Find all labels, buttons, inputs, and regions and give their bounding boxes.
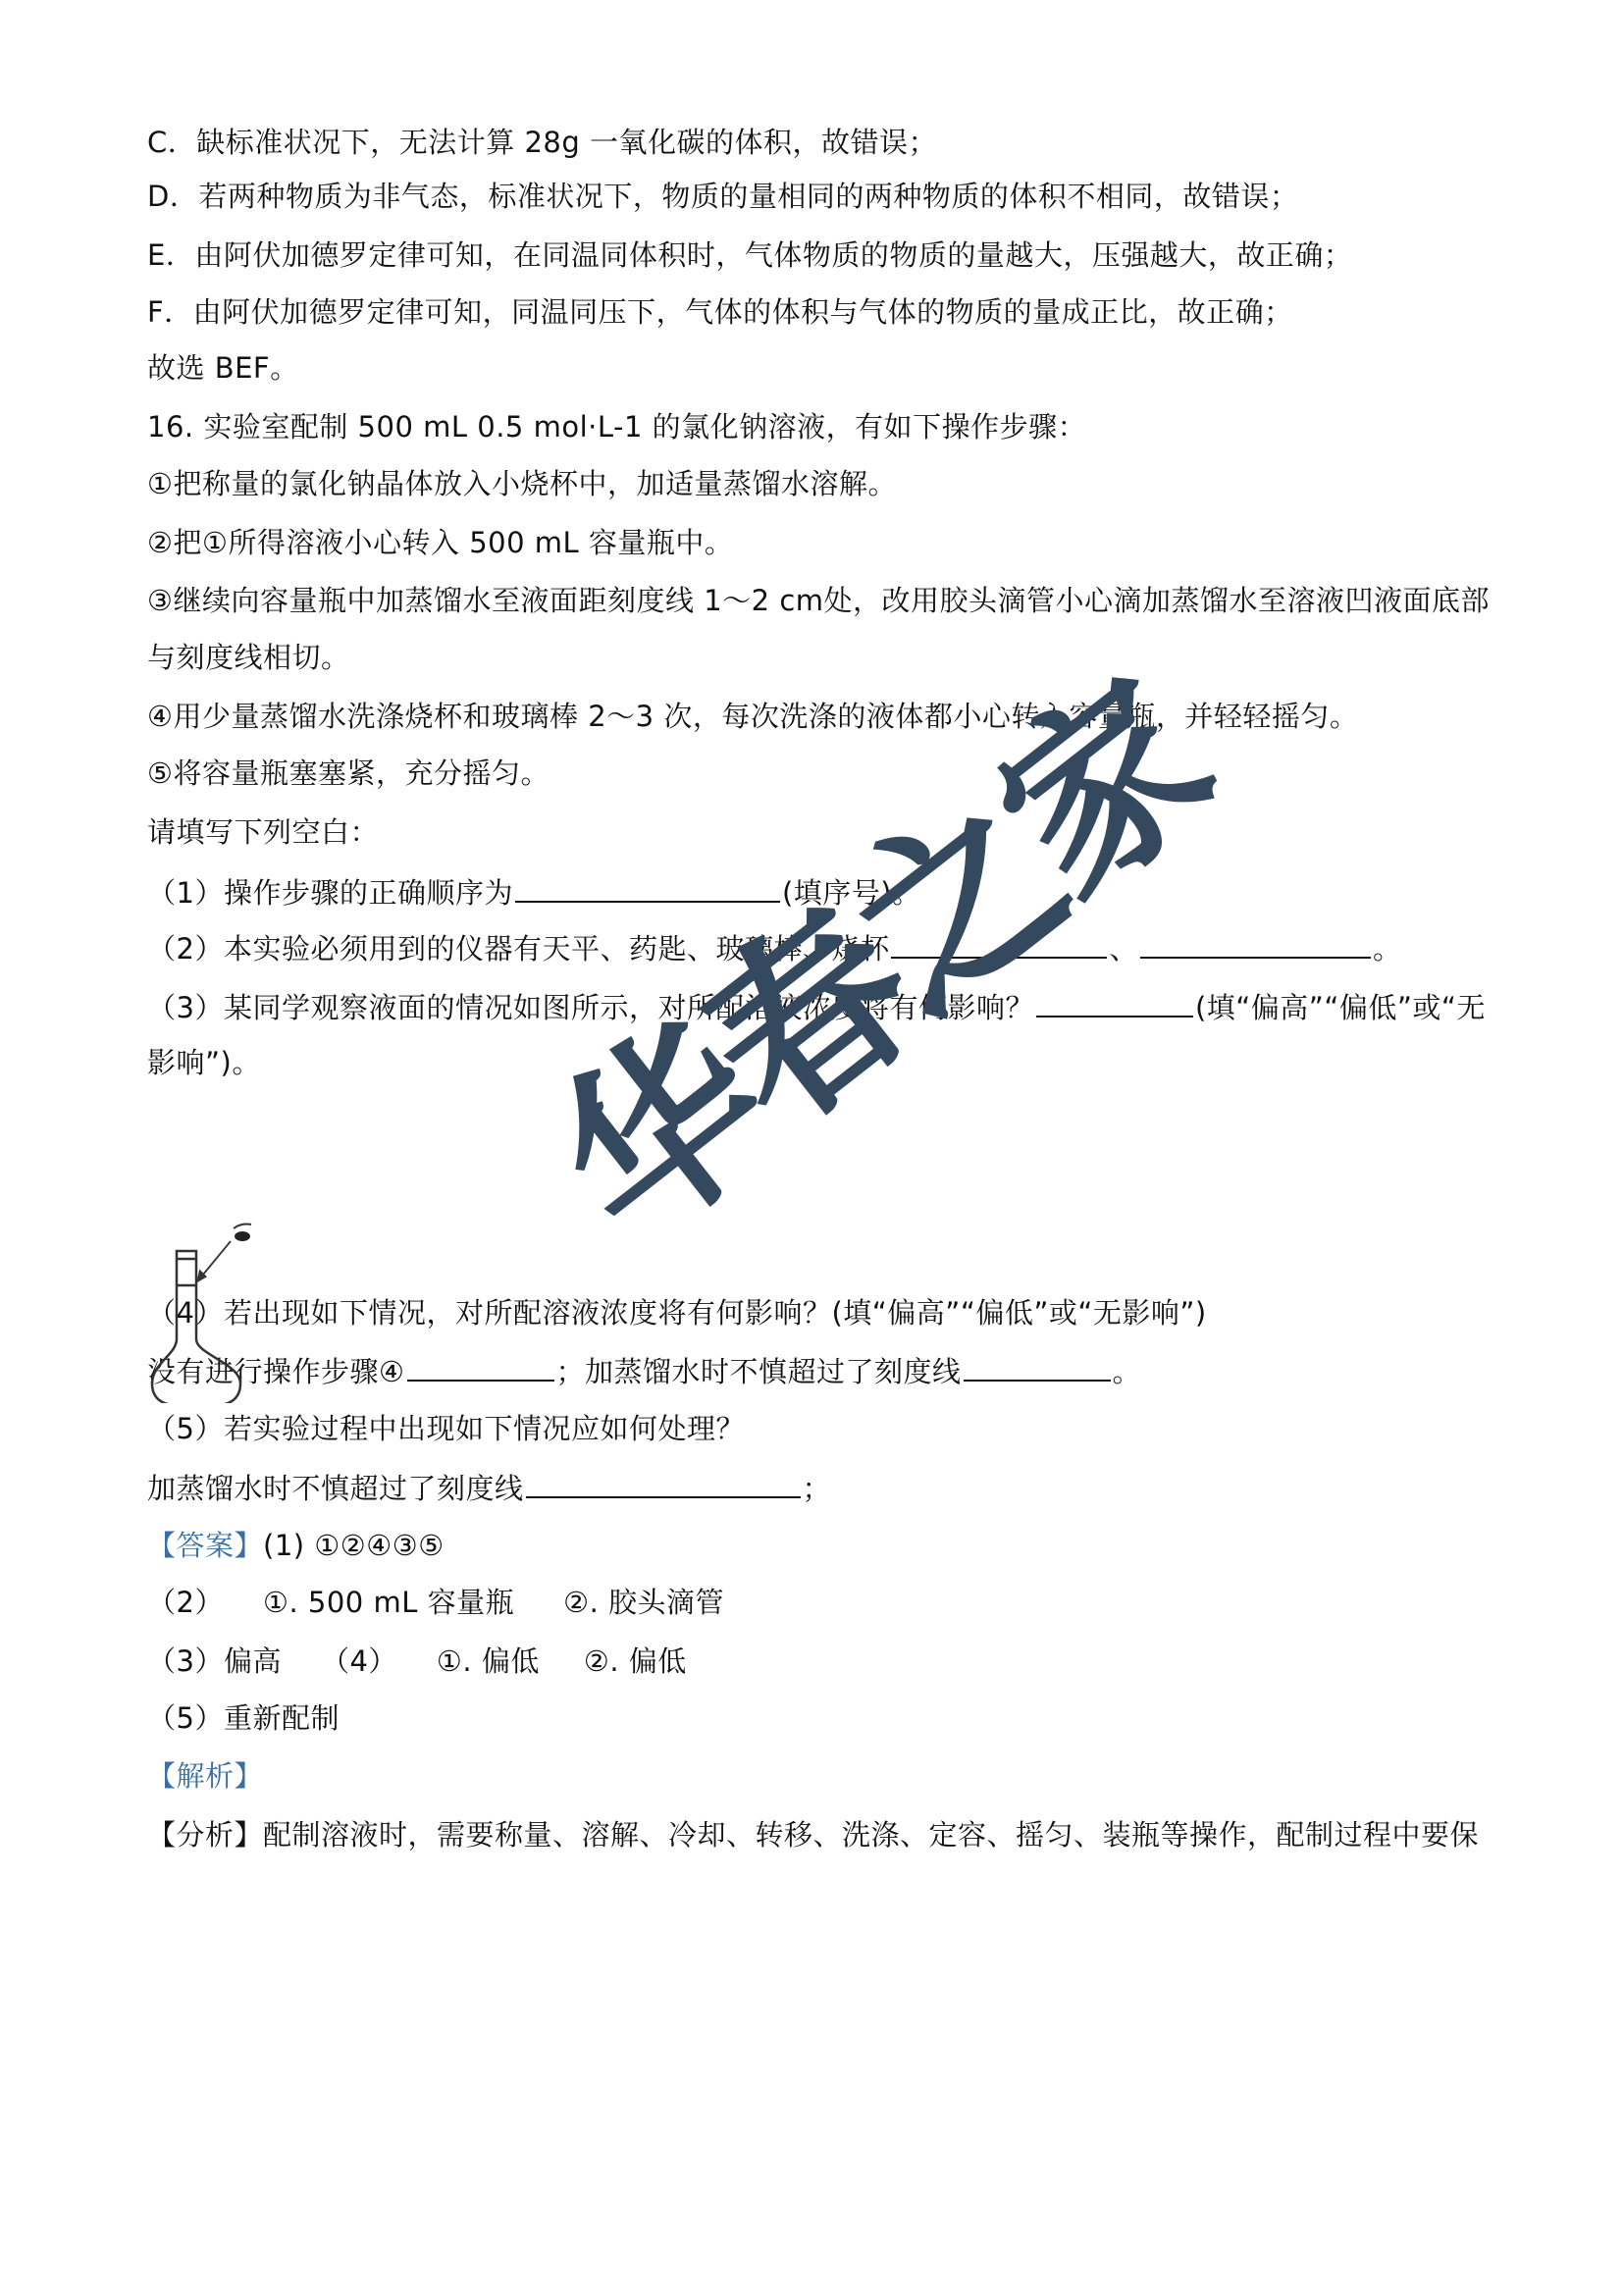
analysis-option-f: F．由阿伏加德罗定律可知，同温同压下，气体的体积与气体的物质的量成正比，故正确； [147, 292, 1293, 332]
q1-answer-blank[interactable] [515, 871, 780, 903]
sub-question-3: （3）某同学观察液面的情况如图所示，对所配溶液浓度将有何影响？(填“偏高”“偏低… [147, 986, 1486, 1027]
q4b-text: ；加蒸馏水时不慎超过了刻度线 [556, 1355, 962, 1388]
analysis-option-e: E．由阿伏加德罗定律可知，在同温同体积时，气体物质的物质的量越大，压强越大，故正… [147, 235, 1352, 275]
sub-question-2: （2）本实验必须用到的仪器有天平、药匙、玻璃棒、烧杯、。 [147, 927, 1401, 968]
q4b-answer-blank[interactable] [964, 1350, 1111, 1382]
sub-question-5-item: 加蒸馏水时不慎超过了刻度线； [147, 1467, 831, 1508]
q3-text: （3）某同学观察液面的情况如图所示，对所配溶液浓度将有何影响？ [147, 991, 1034, 1024]
sub-question-4-items: 没有进行操作步骤④；加蒸馏水时不慎超过了刻度线。 [147, 1350, 1141, 1391]
answer-4-item-2: ②. 偏低 [584, 1644, 687, 1678]
q3-suffix: (填“偏高”“偏低”或“无 [1195, 991, 1486, 1024]
sub-question-5: （5）若实验过程中出现如下情况应如何处理？ [147, 1409, 745, 1448]
q2-text: （2）本实验必须用到的仪器有天平、药匙、玻璃棒、烧杯 [147, 932, 889, 965]
fenxi-tag: 【分析】 [147, 1818, 263, 1852]
volumetric-flask-eye-diagram [147, 1217, 255, 1403]
answer-3: （3）偏高 [147, 1644, 282, 1678]
flask-outline-icon [152, 1251, 240, 1403]
answer-tag: 【答案】 [147, 1529, 263, 1562]
eye-icon [234, 1225, 251, 1242]
answer-line-5: （5）重新配制 [147, 1698, 340, 1738]
answer-4-item-1: ①. 偏低 [437, 1644, 540, 1678]
q5a-suffix: ； [803, 1472, 832, 1505]
step-3: ③继续向容量瓶中加蒸馏水至液面距刻度线 1～2 cm处，改用胶头滴管小心滴加蒸馏… [147, 581, 1490, 620]
answer-2-label: （2） [147, 1586, 224, 1619]
answer-2-item-1: ①. 500 mL 容量瓶 [263, 1586, 514, 1619]
q5a-text: 加蒸馏水时不慎超过了刻度线 [147, 1472, 524, 1505]
q1-suffix: (填序号)。 [782, 876, 921, 910]
fenxi-text: 配制溶液时，需要称量、溶解、冷却、转移、洗涤、定容、摇匀、装瓶等操作，配制过程中… [263, 1818, 1479, 1852]
q4a-answer-blank[interactable] [407, 1350, 554, 1382]
q2-suffix: 。 [1373, 932, 1402, 965]
answer-line-3: （3）偏高（4）①. 偏低②. 偏低 [147, 1642, 687, 1681]
step-3-cont: 与刻度线相切。 [147, 638, 350, 677]
analysis-fenxi: 【分析】配制溶液时，需要称量、溶解、冷却、转移、洗涤、定容、摇匀、装瓶等操作，配… [147, 1815, 1479, 1854]
analysis-conclusion: 故选 BEF。 [147, 348, 299, 388]
answer-1: (1) ①②④③⑤ [263, 1529, 445, 1562]
sub-question-3-cont: 影响”)。 [147, 1043, 261, 1082]
analysis-tag: 【解析】 [147, 1756, 263, 1796]
q2-answer-blank-2[interactable] [1140, 927, 1371, 959]
answer-4-label: （4） [321, 1644, 397, 1678]
fill-prompt: 请填写下列空白： [147, 812, 379, 852]
question-stem: 16. 实验室配制 500 mL 0.5 mol·L-1 的氯化钠溶液，有如下操… [147, 407, 1086, 446]
analysis-option-d: D．若两种物质为非气态，标准状况下，物质的量相同的两种物质的体积不相同，故错误； [147, 177, 1298, 216]
answer-2-item-2: ②. 胶头滴管 [563, 1586, 724, 1619]
step-1: ①把称量的氯化钠晶体放入小烧杯中，加适量蒸馏水溶解。 [147, 464, 897, 503]
q4b-suffix: 。 [1113, 1355, 1142, 1388]
q2-answer-blank-1[interactable] [891, 927, 1107, 959]
q5a-answer-blank[interactable] [526, 1467, 801, 1498]
step-4: ④用少量蒸馏水洗涤烧杯和玻璃棒 2～3 次，每次洗涤的液体都小心转入容量瓶，并轻… [147, 697, 1358, 736]
answer-line-1: 【答案】(1) ①②④③⑤ [147, 1526, 445, 1565]
sub-question-1: （1）操作步骤的正确顺序为(填序号)。 [147, 871, 921, 913]
step-2: ②把①所得溶液小心转入 500 mL 容量瓶中。 [147, 523, 733, 562]
sub-question-4: （4）若出现如下情况，对所配溶液浓度将有何影响？(填“偏高”“偏低”或“无影响”… [147, 1293, 1207, 1332]
analysis-option-c: C．缺标准状况下，无法计算 28g 一氧化碳的体积，故错误； [147, 123, 937, 162]
answer-line-2: （2）①. 500 mL 容量瓶②. 胶头滴管 [147, 1583, 724, 1622]
step-5: ⑤将容量瓶塞塞紧，充分摇匀。 [147, 754, 550, 793]
q1-text: （1）操作步骤的正确顺序为 [147, 876, 513, 910]
q3-answer-blank[interactable] [1036, 986, 1193, 1018]
q2-separator: 、 [1109, 932, 1138, 965]
